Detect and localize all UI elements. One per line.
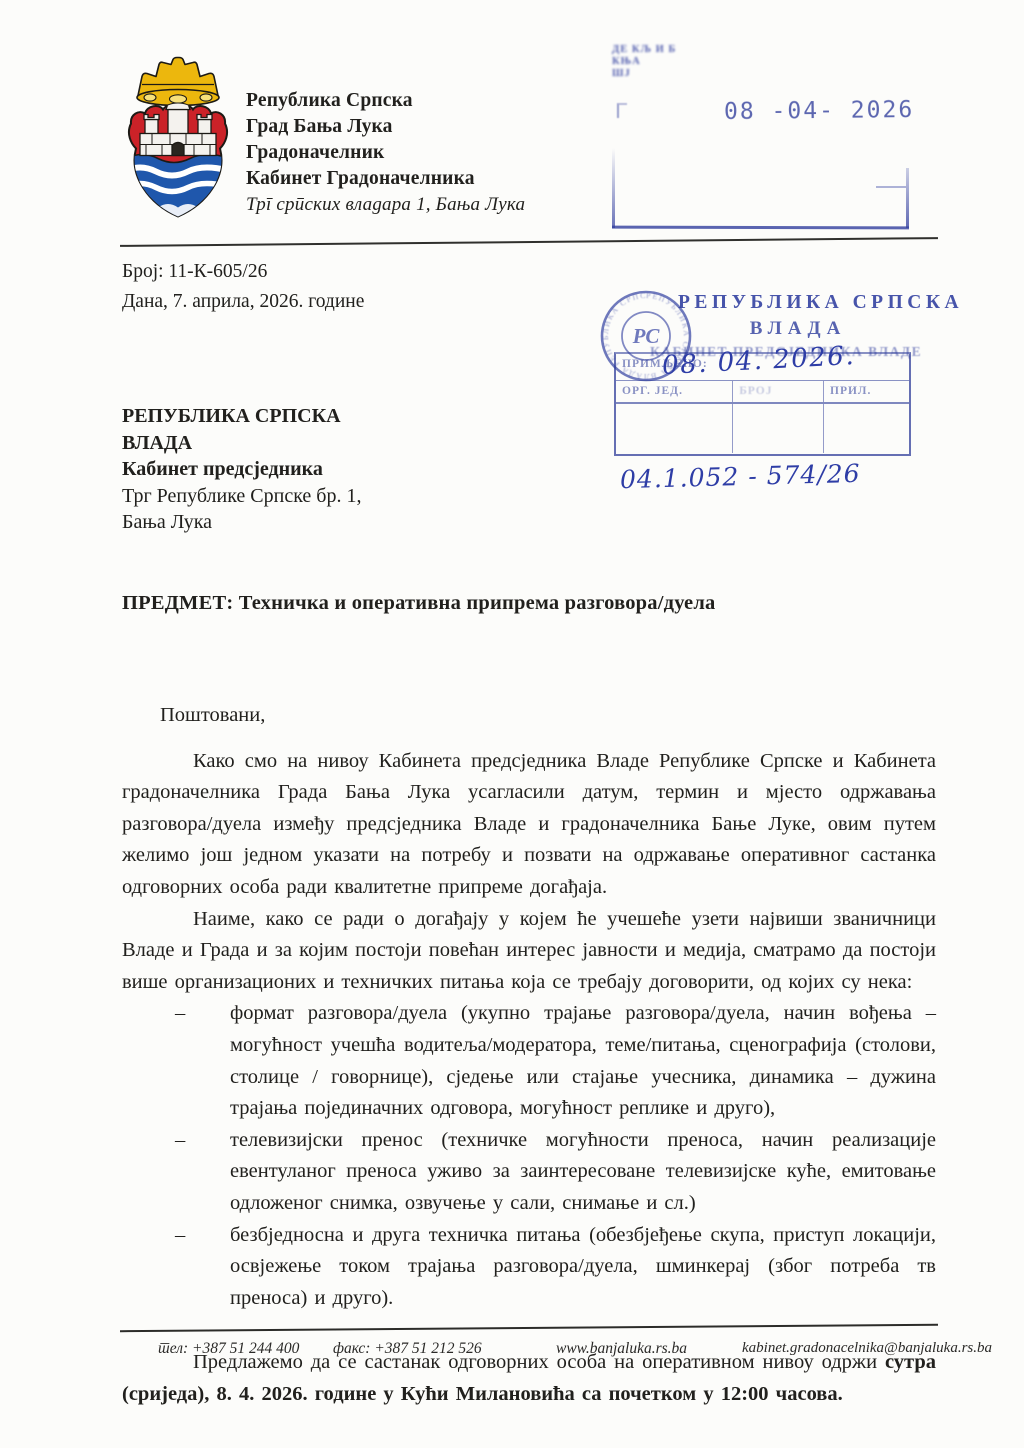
letter-body: Поштовани, Како смо на нивоу Кабинета пр… — [122, 700, 936, 1410]
stamp-row-case: 04.1.052 - 574/26 — [616, 404, 909, 453]
stamp-row-headers: ОРГ. ЈЕД. БРОЈ ПРИЛ. — [616, 381, 909, 404]
recipient-line: Кабинет предсједника — [122, 456, 361, 483]
recipient-city: Бања Лука — [122, 509, 361, 536]
paragraph-1: Како смо на нивоу Кабинета предсједника … — [122, 746, 936, 904]
faded-stamp-smudge: ДЕ КЉ И Б КЊА ШЈ — [612, 44, 676, 80]
mural-crown-icon — [137, 58, 219, 106]
reference-date: Дана, 7. априла, 2026. године — [122, 287, 364, 317]
handwritten-case-number: 04.1.052 - 574/26 — [620, 459, 861, 494]
recipient-line: РЕПУБЛИКА СРПСКА — [122, 403, 361, 430]
dash-marker: – — [175, 998, 185, 1030]
stamp-box-edge — [612, 148, 615, 228]
bullet-item: – телевизијски пренос (техничке могућнос… — [122, 1125, 936, 1220]
bullet-text: телевизијски пренос (техничке могућности… — [230, 1129, 936, 1214]
letterhead-line: Градоначелник — [246, 140, 525, 166]
government-received-stamp: РЕПУБЛИКА СРПСКА ВЛАДА РЕПУБЛИКА СРПСКА … — [598, 286, 934, 458]
stamp-title: РЕПУБЛИКА СРПСКА — [678, 292, 934, 314]
stamp-box-edge — [612, 226, 909, 230]
shield — [124, 93, 232, 223]
letterhead-address: Трг српских владара 1, Бања Лука — [246, 192, 525, 218]
letterhead: Република Српска Град Бања Лука Градонач… — [246, 88, 525, 218]
org-unit-label: ОРГ. ЈЕД. — [616, 381, 683, 397]
subject-line: ПРЕДМЕТ: Техничка и оперативна припрема … — [122, 592, 715, 615]
received-date-stamp: 08 -04- 2026 — [724, 97, 914, 125]
dash-marker: – — [175, 1220, 185, 1252]
bullet-item: – формат разговора/дуела (укупно трајање… — [122, 998, 936, 1124]
salutation: Поштовани, — [160, 700, 936, 732]
banja-luka-coat-of-arms — [118, 56, 238, 224]
footer-fax: факс: +387 51 212 526 — [333, 1340, 482, 1358]
dash-marker: – — [175, 1125, 185, 1157]
bullet-text: безбједносна и друга техничка питања (об… — [230, 1224, 936, 1309]
reference-block: Број: 11-К-605/26 Дана, 7. априла, 2026.… — [122, 257, 364, 317]
letterhead-line: Република Српска — [246, 88, 525, 114]
recipient-line: ВЛАДА — [122, 430, 361, 457]
stamp-corner-mark — [617, 103, 627, 118]
stamp-subtitle: ВЛАДА — [678, 318, 918, 340]
footer-website: www.banjaluka.rs.ba — [556, 1340, 687, 1358]
paragraph-2: Наиме, како се ради о догађају у којем ћ… — [122, 904, 936, 999]
bullet-item: – безбједносна и друга техничка питања (… — [122, 1220, 936, 1315]
letterhead-divider-line — [120, 237, 938, 247]
attachment-label: ПРИЛ. — [824, 381, 871, 397]
number-label: БРОЈ — [733, 381, 772, 397]
recipient-block: РЕПУБЛИКА СРПСКА ВЛАДА Кабинет предсједн… — [122, 403, 361, 536]
bullet-list: – формат разговора/дуела (укупно трајање… — [122, 998, 936, 1314]
footer-phone: тел: +387 51 244 400 — [158, 1340, 299, 1358]
stamp-box-edge — [906, 168, 909, 228]
recipient-address: Трг Републике Српске бр. 1, — [122, 483, 361, 510]
stamp-registry-table: ПРИМЉЕНО: 08. 04. 2026. ОРГ. ЈЕД. БРОЈ П… — [614, 352, 911, 456]
footer-email: kabinet.gradonacelnika@banjaluka.rs.ba — [742, 1340, 992, 1357]
letterhead-line: Кабинет Градоначелника — [246, 166, 525, 192]
stamp-box-edge — [876, 186, 906, 188]
stamp-row-received: ПРИМЉЕНО: 08. 04. 2026. — [616, 354, 909, 381]
gate — [172, 143, 184, 156]
reference-number: Број: 11-К-605/26 — [122, 257, 364, 287]
letterhead-line: Град Бања Лука — [246, 114, 525, 140]
scanned-letter-page: { "letterhead": { "org_lines": ["Републи… — [0, 0, 1024, 1448]
bullet-text: формат разговора/дуела (укупно трајање р… — [230, 1002, 936, 1119]
